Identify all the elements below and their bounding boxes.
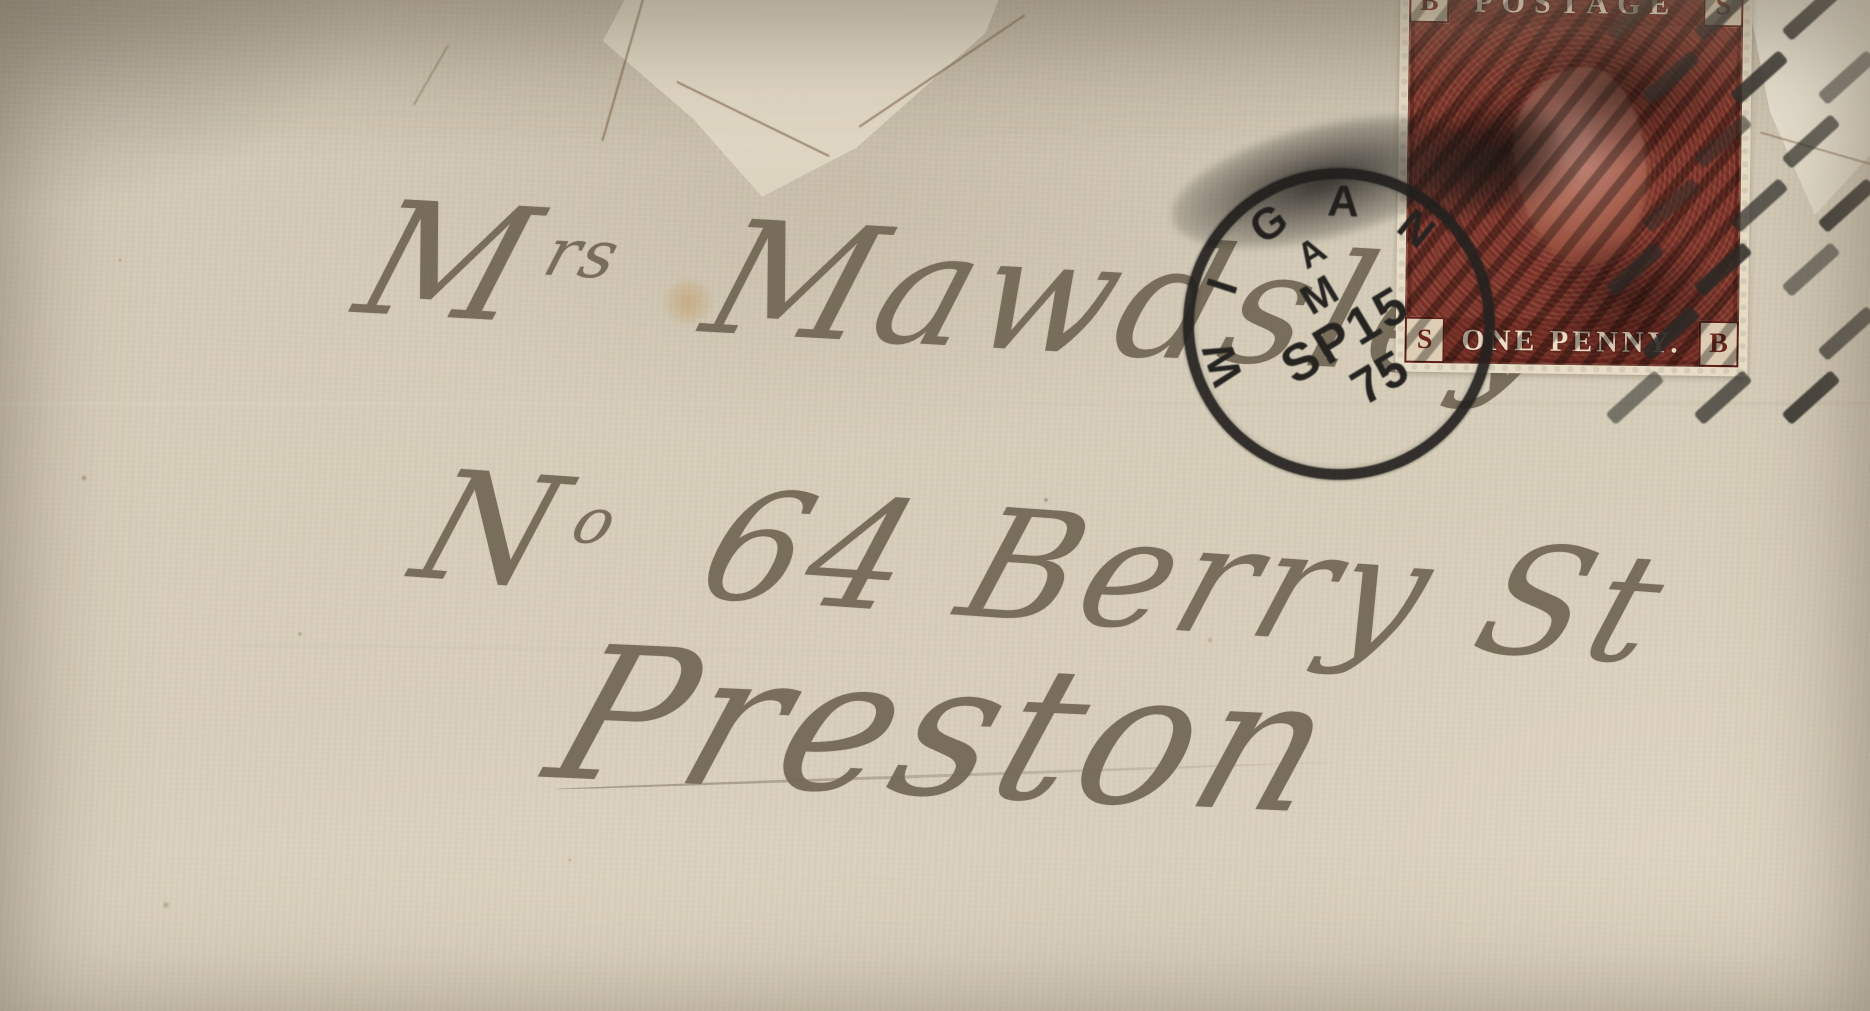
cancel-bar — [1781, 114, 1840, 169]
cancellation-bars — [1602, 6, 1870, 486]
cancel-bar — [1693, 370, 1752, 425]
cancel-bar — [1781, 242, 1840, 297]
address-town: Preston — [526, 606, 1365, 855]
envelope-scan: Mrs Mawdsley No 64 Berry St Preston B PO… — [0, 0, 1870, 1011]
cancel-bar — [1693, 0, 1752, 41]
address-number-prefix: N — [396, 438, 591, 621]
cancel-bar — [1817, 178, 1870, 233]
cancel-bar — [1781, 0, 1840, 41]
cancel-bar — [1641, 306, 1700, 361]
cancel-bar — [1641, 178, 1700, 233]
cancel-bar — [1641, 50, 1700, 105]
cancel-bar — [1693, 114, 1752, 169]
cancel-bar — [1729, 178, 1788, 233]
cancel-bar — [1693, 242, 1752, 297]
paper-crease — [0, 402, 1870, 405]
torn-paper-patch — [590, 0, 1020, 205]
cancel-bar — [1729, 50, 1788, 105]
address-title-superscript: rs — [536, 213, 631, 294]
address-title: M — [339, 168, 563, 359]
cancel-bar — [1817, 306, 1870, 361]
cancel-bar — [1817, 50, 1870, 105]
cancel-bar — [1781, 370, 1840, 425]
tear-line — [413, 44, 450, 106]
cancel-bar — [1605, 370, 1664, 425]
cancel-bar — [1605, 0, 1664, 41]
address-line-town: Preston — [526, 606, 1365, 855]
cancel-bar — [1605, 242, 1664, 297]
